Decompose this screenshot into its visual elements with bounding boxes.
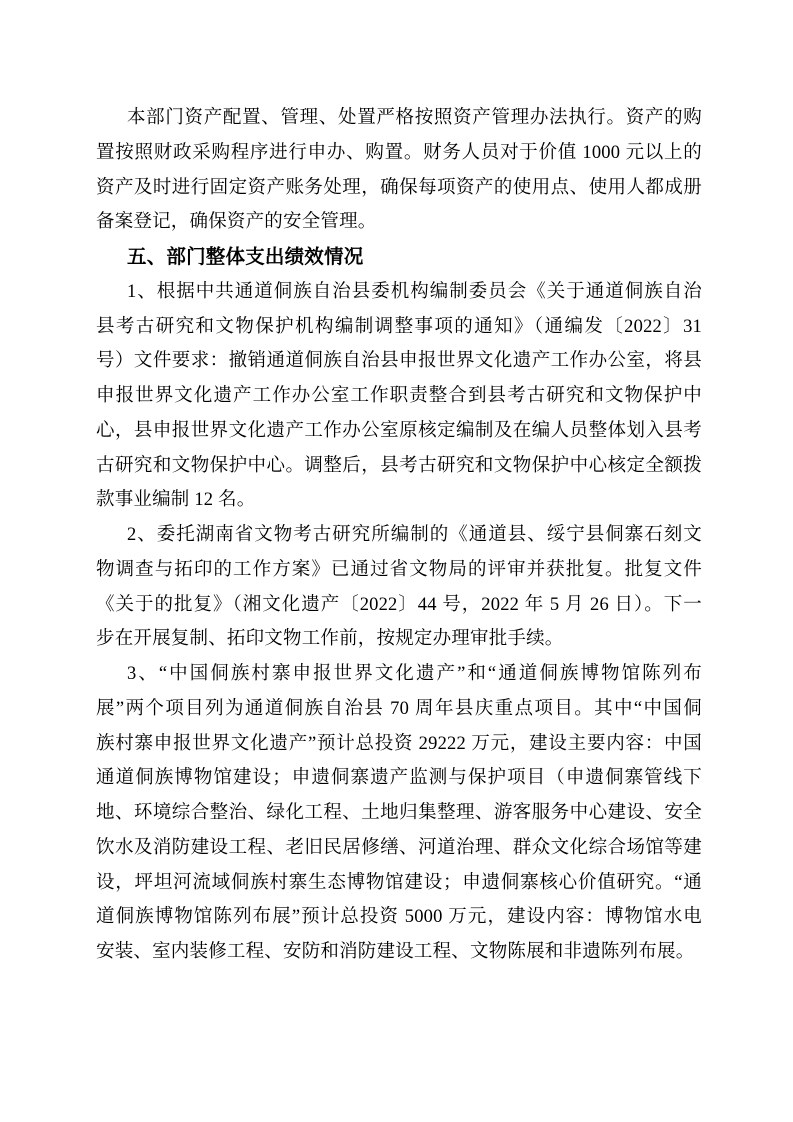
body-line: 备案登记，确保资产的安全管理。 xyxy=(96,205,702,240)
body-line: 资产及时进行固定资产账务处理，确保每项资产的使用点、使用人都成册 xyxy=(96,171,702,206)
body-line: 《关于的批复》（湘文化遗产〔2022〕44 号，2022 年 5 月 26 日）… xyxy=(96,588,702,623)
body-line: 物调查与拓印的工作方案》已通过省文物局的评审并获批复。批复文件 xyxy=(96,553,702,588)
body-line: 置按照财政采购程序进行申办、购置。财务人员对于价值 1000 元以上的 xyxy=(96,136,702,171)
body-line: 号）文件要求：撤销通道侗族自治县申报世界文化遗产工作办公室，将县 xyxy=(96,344,702,379)
body-line: 县考古研究和文物保护机构编制调整事项的通知》（通编发〔2022〕31 xyxy=(96,310,702,345)
body-line: 设，坪坦河流域侗族村寨生态博物馆建设；申遗侗寨核心价值研究。“通 xyxy=(96,866,702,901)
body-line: 饮水及消防建设工程、老旧民居修缮、河道治理、群众文化综合场馆等建 xyxy=(96,831,702,866)
body-line: 古研究和文物保护中心。调整后，县考古研究和文物保护中心核定全额拨 xyxy=(96,449,702,484)
body-line: 安装、室内装修工程、安防和消防建设工程、文物陈展和非遗陈列布展。 xyxy=(96,935,702,970)
body-line: 2、委托湖南省文物考古研究所编制的《通道县、绥宁县侗寨石刻文 xyxy=(96,518,702,553)
body-line: 心，县申报世界文化遗产工作办公室原核定编制及在编人员整体划入县考 xyxy=(96,414,702,449)
body-line: 款事业编制 12 名。 xyxy=(96,483,702,518)
body-line: 1、根据中共通道侗族自治县委机构编制委员会《关于通道侗族自治 xyxy=(96,275,702,310)
body-line: 本部门资产配置、管理、处置严格按照资产管理办法执行。资产的购 xyxy=(96,101,702,136)
document-page: 本部门资产配置、管理、处置严格按照资产管理办法执行。资产的购 置按照财政采购程序… xyxy=(0,0,793,1122)
section-heading: 五、部门整体支出绩效情况 xyxy=(96,240,702,275)
body-line: 族村寨申报世界文化遗产”预计总投资 29222 万元，建设主要内容：中国 xyxy=(96,727,702,762)
body-line: 申报世界文化遗产工作办公室工作职责整合到县考古研究和文物保护中 xyxy=(96,379,702,414)
body-line: 道侗族博物馆陈列布展”预计总投资 5000 万元，建设内容：博物馆水电 xyxy=(96,900,702,935)
document-content: 本部门资产配置、管理、处置严格按照资产管理办法执行。资产的购 置按照财政采购程序… xyxy=(96,101,702,970)
body-line: 步在开展复制、拓印文物工作前，按规定办理审批手续。 xyxy=(96,622,702,657)
body-line: 展”两个项目列为通道侗族自治县 70 周年县庆重点项目。其中“中国侗 xyxy=(96,692,702,727)
body-line: 地、环境综合整治、绿化工程、土地归集整理、游客服务中心建设、安全 xyxy=(96,796,702,831)
body-line: 3、“中国侗族村寨申报世界文化遗产”和“通道侗族博物馆陈列布 xyxy=(96,657,702,692)
body-line: 通道侗族博物馆建设；申遗侗寨遗产监测与保护项目（申遗侗寨管线下 xyxy=(96,761,702,796)
